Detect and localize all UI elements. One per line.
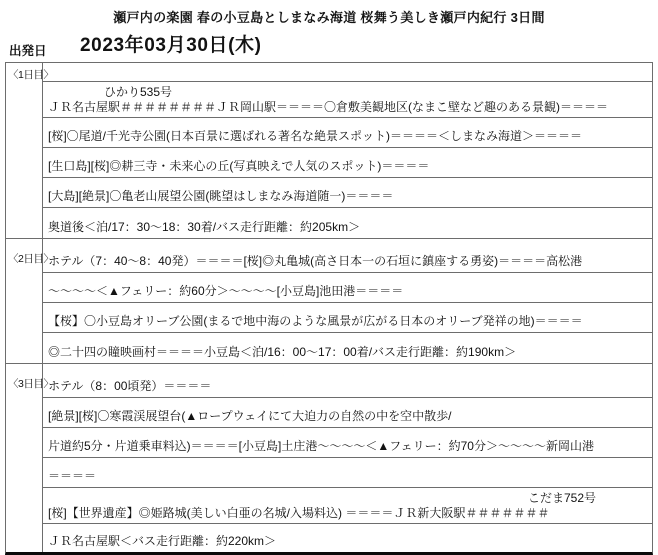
route-text: ＝＝＝＝ xyxy=(48,469,96,483)
itinerary-row: ～～～～＜▲フェリー：約60分＞～～～～[小豆島]池田港＝＝＝＝ xyxy=(43,273,652,303)
route-text: [桜]【世界遺産】◎姫路城(美しい白亜の名城/入場料込) ＝＝＝＝ＪＲ新大阪駅＃… xyxy=(48,506,650,521)
itinerary-row: 片道約5分・片道乗車料込)＝＝＝＝[小豆島]土庄港～～～～＜▲フェリー：約70分… xyxy=(43,428,652,458)
day-rows: ホテル（8：00頃発）＝＝＝＝[絶景][桜]〇寒霞渓展望台(▲ロープウェイにて大… xyxy=(43,364,652,552)
day-section-1: 〈1日目〉ひかり535号ＪＲ名古屋駅＃＃＃＃＃＃＃＃ＪＲ岡山駅＝＝＝＝〇倉敷美観… xyxy=(6,63,652,239)
departure-date-value: 2023年03月30日(木) xyxy=(80,30,262,57)
route-text: ～～～～＜▲フェリー：約60分＞～～～～[小豆島]池田港＝＝＝＝ xyxy=(48,284,403,298)
itinerary-row: [生口島][桜]◎耕三寺・未来心の丘(写真映えで人気のスポット)＝＝＝＝ xyxy=(43,148,652,178)
route-text: ホテル（7：40～8：40発）＝＝＝＝[桜]◎丸亀城(高さ日本一の石垣に鎮座する… xyxy=(48,254,582,268)
itinerary-table: 〈1日目〉ひかり535号ＪＲ名古屋駅＃＃＃＃＃＃＃＃ＪＲ岡山駅＝＝＝＝〇倉敷美観… xyxy=(5,62,653,555)
day-label: 〈3日目〉 xyxy=(6,364,43,552)
route-text: [絶景][桜]〇寒霞渓展望台(▲ロープウェイにて大迫力の自然の中を空中散歩/ xyxy=(48,409,451,423)
itinerary-row: ＪＲ名古屋駅＜バス走行距離：約220km＞ xyxy=(43,524,652,552)
route-text: [桜]〇尾道/千光寺公園(日本百景に選ばれる著名な絶景スポット)＝＝＝＝＜しまな… xyxy=(48,129,582,143)
itinerary-row: ホテル（7：40～8：40発）＝＝＝＝[桜]◎丸亀城(高さ日本一の石垣に鎮座する… xyxy=(43,239,652,273)
day-label: 〈1日目〉 xyxy=(6,63,43,238)
route-text: [大島][絶景]〇亀老山展望公園(眺望はしまなみ海道随一)＝＝＝＝ xyxy=(48,189,393,203)
itinerary-row xyxy=(43,63,652,82)
itinerary-row: 【桜】〇小豆島オリーブ公園(まるで地中海のような風景が広がる日本のオリーブ発祥の… xyxy=(43,303,652,333)
day-section-2: 〈2日目〉ホテル（7：40～8：40発）＝＝＝＝[桜]◎丸亀城(高さ日本一の石垣… xyxy=(6,239,652,364)
day-section-3: 〈3日目〉ホテル（8：00頃発）＝＝＝＝[絶景][桜]〇寒霞渓展望台(▲ロープウ… xyxy=(6,364,652,552)
route-text: ＪＲ名古屋駅＃＃＃＃＃＃＃＃ＪＲ岡山駅＝＝＝＝〇倉敷美観地区(なまこ壁など趣のあ… xyxy=(48,100,650,115)
route-text: 片道約5分・片道乗車料込)＝＝＝＝[小豆島]土庄港～～～～＜▲フェリー：約70分… xyxy=(48,439,594,453)
tour-title: 瀬戸内の楽園 春の小豆島としまなみ海道 桜舞う美しき瀬戸内紀行 3日間 xyxy=(0,7,658,26)
itinerary-row: 奥道後＜泊/17：30～18：30着/バス走行距離：約205km＞ xyxy=(43,208,652,238)
itinerary-row: ホテル（8：00頃発）＝＝＝＝ xyxy=(43,364,652,398)
day-rows: ひかり535号ＪＲ名古屋駅＃＃＃＃＃＃＃＃ＪＲ岡山駅＝＝＝＝〇倉敷美観地区(なま… xyxy=(43,63,652,238)
itinerary-row: [桜]〇尾道/千光寺公園(日本百景に選ばれる著名な絶景スポット)＝＝＝＝＜しまな… xyxy=(43,118,652,148)
itinerary-row: ＝＝＝＝ xyxy=(43,458,652,488)
route-text: ◎二十四の瞳映画村＝＝＝＝小豆島＜泊/16：00～17：00着/バス走行距離：約… xyxy=(48,345,516,359)
itinerary-row: [大島][絶景]〇亀老山展望公園(眺望はしまなみ海道随一)＝＝＝＝ xyxy=(43,178,652,208)
departure-date-label: 出発日 xyxy=(9,41,47,59)
route-text: ＪＲ名古屋駅＜バス走行距離：約220km＞ xyxy=(48,534,276,548)
route-text: 【桜】〇小豆島オリーブ公園(まるで地中海のような風景が広がる日本のオリーブ発祥の… xyxy=(48,314,583,328)
day-rows: ホテル（7：40～8：40発）＝＝＝＝[桜]◎丸亀城(高さ日本一の石垣に鎮座する… xyxy=(43,239,652,363)
train-name: ひかり535号 xyxy=(48,85,650,100)
route-text: 奥道後＜泊/17：30～18：30着/バス走行距離：約205km＞ xyxy=(48,220,360,234)
itinerary-document: 瀬戸内の楽園 春の小豆島としまなみ海道 桜舞う美しき瀬戸内紀行 3日間 出発日 … xyxy=(0,0,658,555)
train-name: こだま752号 xyxy=(48,491,650,506)
itinerary-row: ◎二十四の瞳映画村＝＝＝＝小豆島＜泊/16：00～17：00着/バス走行距離：約… xyxy=(43,333,652,363)
itinerary-row: ひかり535号ＪＲ名古屋駅＃＃＃＃＃＃＃＃ＪＲ岡山駅＝＝＝＝〇倉敷美観地区(なま… xyxy=(43,82,652,118)
route-text: ホテル（8：00頃発）＝＝＝＝ xyxy=(48,379,211,393)
itinerary-row: [絶景][桜]〇寒霞渓展望台(▲ロープウェイにて大迫力の自然の中を空中散歩/ xyxy=(43,398,652,428)
itinerary-row: こだま752号[桜]【世界遺産】◎姫路城(美しい白亜の名城/入場料込) ＝＝＝＝… xyxy=(43,488,652,524)
day-label: 〈2日目〉 xyxy=(6,239,43,363)
route-text: [生口島][桜]◎耕三寺・未来心の丘(写真映えで人気のスポット)＝＝＝＝ xyxy=(48,159,429,173)
